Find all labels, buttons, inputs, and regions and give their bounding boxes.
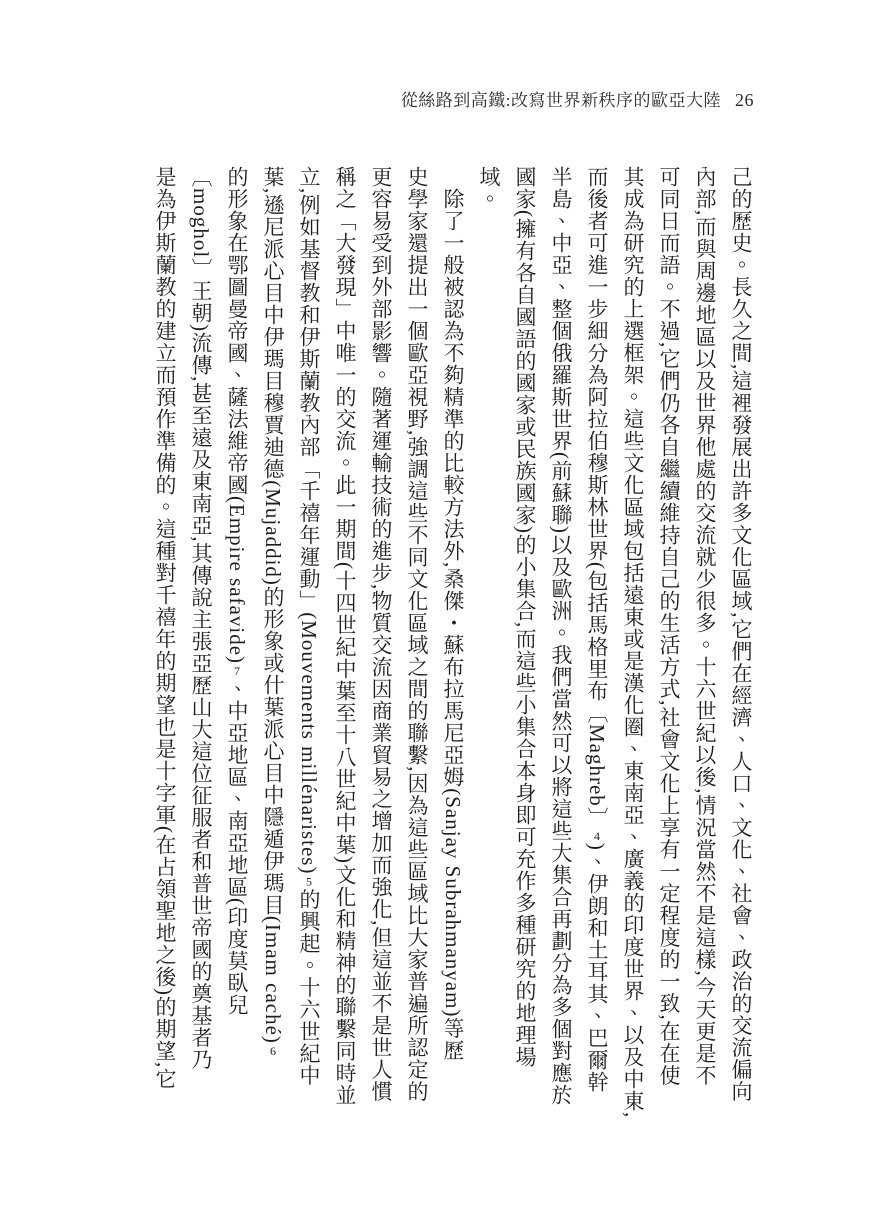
text-run: 立,例如基督教和伊斯蘭教內部「千禧年運動」(Mouvements milléna… [297,166,321,874]
book-page: 從絲路到高鐵:改寫世界新秩序的歐亞大陸26 己的歷史。長久之間,這裡發展出許多文… [0,0,871,1222]
text-run: )、伊朗和土耳其、巴爾幹 [585,843,609,1093]
text-run: 其成為研究的上選框架。這些文化區域包括遠東或是漢化圈、東南亞、廣義的印度世界、以… [621,166,645,1118]
text-column: 半島、中亞、整個俄羅斯世界(前蘇聯)以及歐洲。我們當然可以將這些大集合再劃分為多… [543,166,579,1166]
running-head-title: 從絲路到高鐵:改寫世界新秩序的歐亞大陸 [401,91,721,110]
text-column: 的形象在鄂圖曼帝國、薩法維帝國(Empire safavide)7、中亞地區、南… [219,166,255,1166]
text-run: 內部,而與周邊地區以及世界他處的交流就少很多。十六世紀以後,情況當然不是這樣,今… [693,166,717,1087]
text-run: 稱之「大發現」中唯一的交流。此一期間(十四世紀中葉至十八世紀中葉)文化和精神的聯… [333,166,357,1106]
text-run: 除了一般被認為不夠精準的比較方法外,桑傑・蘇布拉馬尼亞姆(Sanjay Subr… [441,188,465,1061]
text-block: 己的歷史。長久之間,這裡發展出許多文化區域,它們在經濟、人口、文化、社會、政治的… [147,166,759,1166]
text-column: 更容易受到外部影響。隨著運輸技術的進步,物質交流因商業貿易之增加而強化,但這並不… [363,166,399,1166]
text-column: 域。 [471,166,507,1166]
text-column: 內部,而與周邊地區以及世界他處的交流就少很多。十六世紀以後,情況當然不是這樣,今… [687,166,723,1166]
text-run: 、中亞地區、南亞地區(印度莫臥兒 [225,678,249,1016]
text-run: 史學家還提出一個歐亞視野,強調這些不同文化區域之間的聯繫,因為這些區域比大家普遍… [405,166,429,1103]
text-run: 國家(擁有各自國語的國家或民族國家)的小集合,而這些小集合本身即可充作多種研究的… [513,166,537,1068]
text-run: 的興起。十六世紀中 [297,888,321,1086]
page-number: 26 [735,90,754,110]
text-run: 而後者可進一步細分為阿拉伯穆斯林世界(包括馬格里布〔Maghreb〕 [585,166,609,829]
text-run: 己的歷史。長久之間,這裡發展出許多文化區域,它們在經濟、人口、文化、社會、政治的… [729,166,753,1103]
text-column: 稱之「大發現」中唯一的交流。此一期間(十四世紀中葉至十八世紀中葉)文化和精神的聯… [327,166,363,1166]
footnote-marker: 4 [590,829,604,843]
text-column: 而後者可進一步細分為阿拉伯穆斯林世界(包括馬格里布〔Maghreb〕4)、伊朗和… [579,166,615,1166]
text-column: 除了一般被認為不夠精準的比較方法外,桑傑・蘇布拉馬尼亞姆(Sanjay Subr… [435,166,471,1166]
text-column: 史學家還提出一個歐亞視野,強調這些不同文化區域之間的聯繫,因為這些區域比大家普遍… [399,166,435,1166]
text-run: 域。 [477,166,501,210]
text-column: 是為伊斯蘭教的建立而預作準備的。這種對千禧年的期望也是十字軍(在占領聖地之後)的… [147,166,183,1166]
text-run: 〔moghol〕王朝)流傳,甚至遠及東南亞,其傳說主張亞歷山大這位征服者和普世帝… [189,166,213,1071]
text-run: 是為伊斯蘭教的建立而預作準備的。這種對千禧年的期望也是十字軍(在占領聖地之後)的… [153,166,177,1090]
text-column: 〔moghol〕王朝)流傳,甚至遠及東南亞,其傳說主張亞歷山大這位征服者和普世帝… [183,166,219,1166]
text-run: 可同日而語。不過,它們仍各自繼續維持自己的生活方式,社會文化上享有一定程度的一致… [657,166,681,1087]
text-column: 國家(擁有各自國語的國家或民族國家)的小集合,而這些小集合本身即可充作多種研究的… [507,166,543,1166]
footnote-marker: 7 [230,664,244,678]
text-column: 葉,遜尼派心目中伊瑪目穆賈迪德(Mujaddid)的形象或什葉派心目中隱遁伊瑪目… [255,166,291,1166]
running-head: 從絲路到高鐵:改寫世界新秩序的歐亞大陸26 [0,86,754,111]
footnote-marker: 6 [266,1044,280,1058]
text-column: 立,例如基督教和伊斯蘭教內部「千禧年運動」(Mouvements milléna… [291,166,327,1166]
text-run: 葉,遜尼派心目中伊瑪目穆賈迪德(Mujaddid)的形象或什葉派心目中隱遁伊瑪目… [261,166,285,1044]
text-run: 半島、中亞、整個俄羅斯世界(前蘇聯)以及歐洲。我們當然可以將這些大集合再劃分為多… [549,166,573,1106]
text-column: 可同日而語。不過,它們仍各自繼續維持自己的生活方式,社會文化上享有一定程度的一致… [651,166,687,1166]
footnote-marker: 5 [302,874,316,888]
text-run: 更容易受到外部影響。隨著運輸技術的進步,物質交流因商業貿易之增加而強化,但這並不… [369,166,393,1103]
text-column: 其成為研究的上選框架。這些文化區域包括遠東或是漢化圈、東南亞、廣義的印度世界、以… [615,166,651,1166]
text-run: 的形象在鄂圖曼帝國、薩法維帝國(Empire safavide) [225,166,249,664]
text-column: 己的歷史。長久之間,這裡發展出許多文化區域,它們在經濟、人口、文化、社會、政治的… [723,166,759,1166]
